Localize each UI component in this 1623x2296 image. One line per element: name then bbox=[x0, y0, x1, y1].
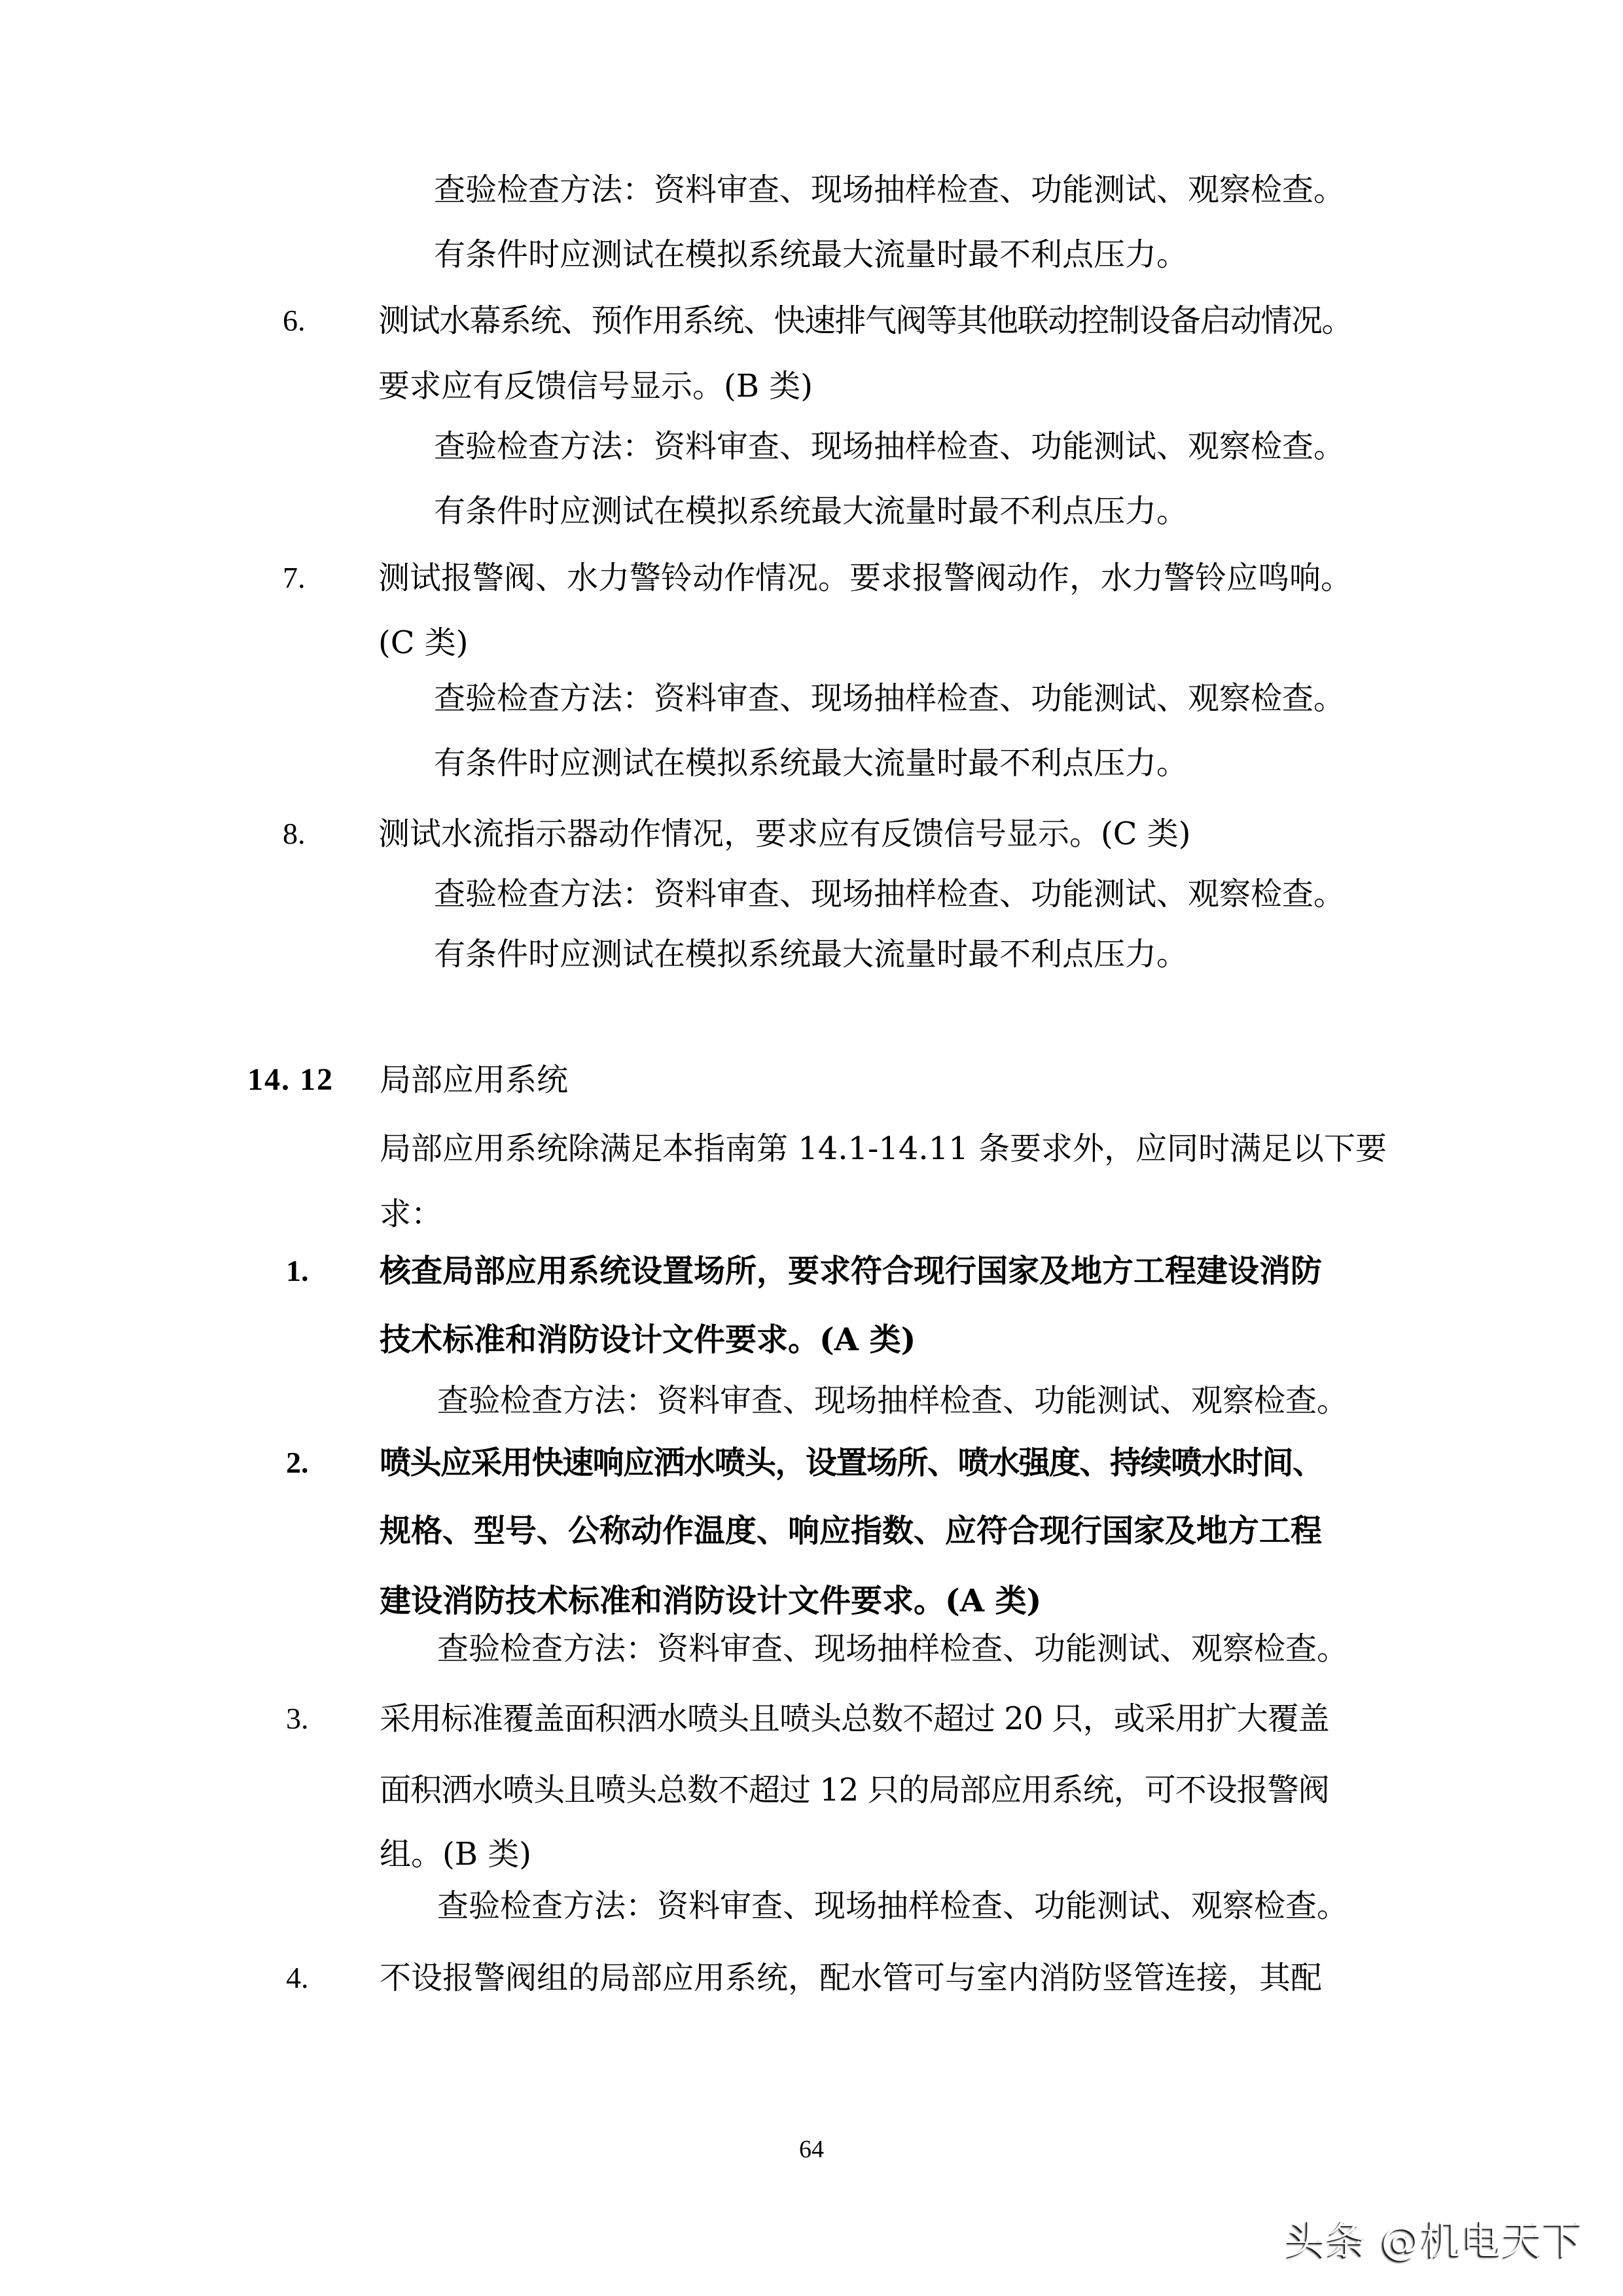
item-number: 4. bbox=[286, 1960, 309, 1996]
watermark: 头条 @机电天下 bbox=[1286, 2217, 1584, 2265]
item-text-line: 核查局部应用系统设置场所，要求符合现行国家及地方工程建设消防 bbox=[380, 1253, 1322, 1289]
item-text-line: 测试水幕系统、预作用系统、快速排气阀等其他联动控制设备启动情况。 bbox=[378, 302, 1352, 339]
inspection-method-text: 查验检查方法：资料审查、现场抽样检查、功能测试、观察检查。 bbox=[437, 1888, 1348, 1924]
page-number: 64 bbox=[0, 2135, 1623, 2164]
item-number: 7. bbox=[283, 560, 306, 596]
item-text-line: (C 类) bbox=[378, 624, 468, 661]
item-text-line: 不设报警阀组的局部应用系统，配水管可与室内消防竖管连接，其配 bbox=[380, 1960, 1322, 1996]
item-text-line: 测试报警阀、水力警铃动作情况。要求报警阀动作，水力警铃应鸣响。 bbox=[378, 560, 1352, 596]
test-condition-text: 有条件时应测试在模拟系统最大流量时最不利点压力。 bbox=[434, 236, 1188, 273]
test-condition-text: 有条件时应测试在模拟系统最大流量时最不利点压力。 bbox=[434, 936, 1188, 973]
section-title: 局部应用系统 bbox=[380, 1062, 568, 1098]
section-intro-line: 局部应用系统除满足本指南第 14.1-14.11 条要求外，应同时满足以下要 bbox=[380, 1130, 1387, 1167]
section-intro-line: 求： bbox=[380, 1196, 442, 1232]
item-number: 3. bbox=[286, 1700, 309, 1737]
item-number: 6. bbox=[283, 302, 306, 339]
item-text-line: 技术标准和消防设计文件要求。(A 类) bbox=[380, 1321, 916, 1358]
inspection-method-text: 查验检查方法：资料审查、现场抽样检查、功能测试、观察检查。 bbox=[437, 1382, 1348, 1419]
test-condition-text: 有条件时应测试在模拟系统最大流量时最不利点压力。 bbox=[434, 493, 1188, 529]
item-text-line: 建设消防技术标准和消防设计文件要求。(A 类) bbox=[380, 1583, 1041, 1619]
inspection-method-text: 查验检查方法：资料审查、现场抽样检查、功能测试、观察检查。 bbox=[434, 171, 1345, 208]
item-number: 2. bbox=[286, 1444, 309, 1481]
item-text-line: 要求应有反馈信号显示。(B 类) bbox=[378, 368, 813, 404]
inspection-method-text: 查验检查方法：资料审查、现场抽样检查、功能测试、观察检查。 bbox=[434, 876, 1345, 912]
inspection-method-text: 查验检查方法：资料审查、现场抽样检查、功能测试、观察检查。 bbox=[434, 428, 1345, 465]
item-number: 8. bbox=[283, 816, 306, 852]
test-condition-text: 有条件时应测试在模拟系统最大流量时最不利点压力。 bbox=[434, 745, 1188, 781]
item-text-line: 采用标准覆盖面积洒水喷头且喷头总数不超过 20 只，或采用扩大覆盖 bbox=[380, 1700, 1329, 1737]
item-text-line: 面积洒水喷头且喷头总数不超过 12 只的局部应用系统，可不设报警阀 bbox=[380, 1772, 1329, 1808]
item-number: 1. bbox=[286, 1253, 309, 1289]
item-text-line: 组。(B 类) bbox=[380, 1836, 531, 1873]
item-text-line: 喷头应采用快速响应洒水喷头，设置场所、喷水强度、持续喷水时间、 bbox=[380, 1444, 1323, 1481]
section-number: 14. 12 bbox=[247, 1062, 334, 1098]
inspection-method-text: 查验检查方法：资料审查、现场抽样检查、功能测试、观察检查。 bbox=[437, 1630, 1348, 1667]
item-text-line: 测试水流指示器动作情况，要求应有反馈信号显示。(C 类) bbox=[378, 816, 1190, 852]
inspection-method-text: 查验检查方法：资料审查、现场抽样检查、功能测试、观察检查。 bbox=[434, 680, 1345, 717]
item-text-line: 规格、型号、公称动作温度、响应指数、应符合现行国家及地方工程 bbox=[380, 1513, 1322, 1549]
